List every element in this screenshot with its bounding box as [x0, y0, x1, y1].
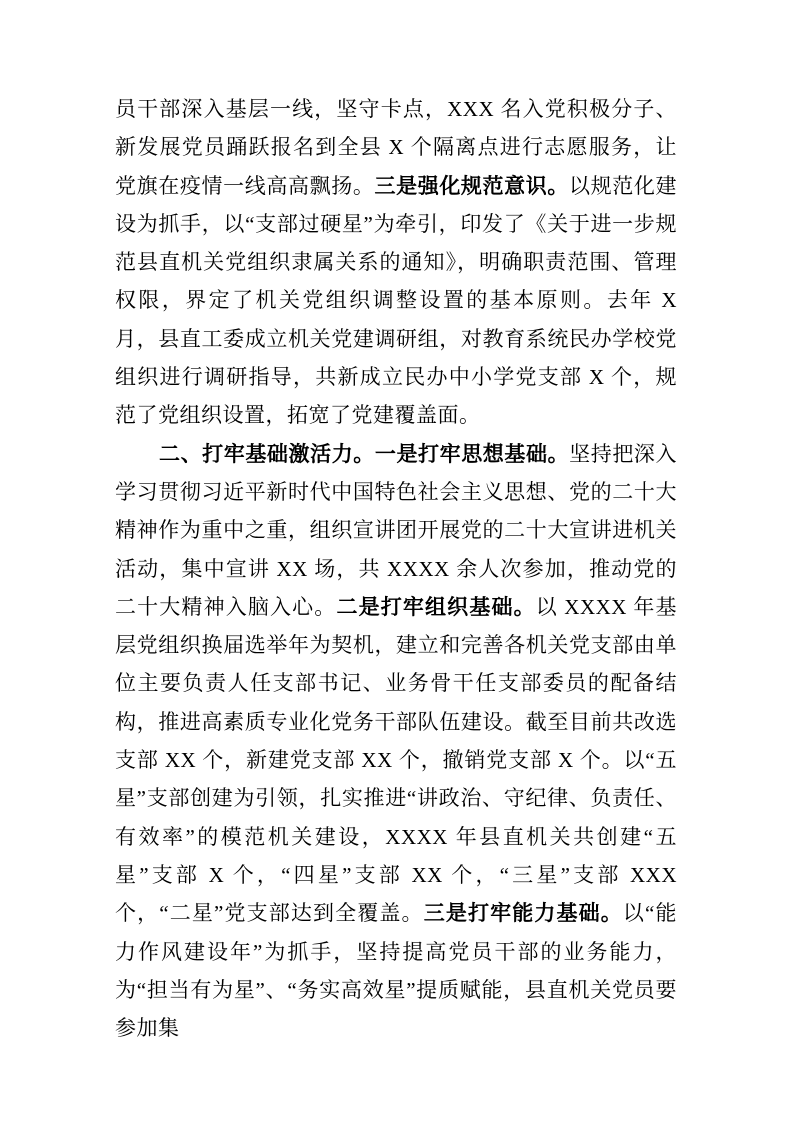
- text-run: 以规范化建设为抓手，以“支部过硬星”为牵引，印发了《关于进一步规范县直机关党组织…: [115, 174, 677, 428]
- bold-text-run: 三是打牢能力基础。: [424, 901, 623, 925]
- text-run: 以 XXXX 年基层党组织换届选举年为契机，建立和完善各机关党支部由单位主要负责…: [115, 595, 677, 925]
- text-run: 坚持把深入学习贯彻习近平新时代中国特色社会主义思想、党的二十大精神作为重中之重，…: [115, 442, 677, 619]
- bold-text-run: 二是打牢组织基础。: [336, 595, 535, 619]
- bold-text-run: 三是强化规范意识。: [374, 174, 569, 198]
- paragraph-2: 二、打牢基础激活力。一是打牢思想基础。坚持把深入学习贯彻习近平新时代中国特色社会…: [115, 435, 677, 1048]
- paragraph-1: 员干部深入基层一线，坚守卡点，XXX 名入党积极分子、新发展党员踊跃报名到全县 …: [115, 90, 677, 435]
- bold-text-run: 二、打牢基础激活力。一是打牢思想基础。: [159, 442, 569, 466]
- document-page: 员干部深入基层一线，坚守卡点，XXX 名入党积极分子、新发展党员踊跃报名到全县 …: [0, 0, 793, 1122]
- document-body: 员干部深入基层一线，坚守卡点，XXX 名入党积极分子、新发展党员踊跃报名到全县 …: [115, 90, 677, 1047]
